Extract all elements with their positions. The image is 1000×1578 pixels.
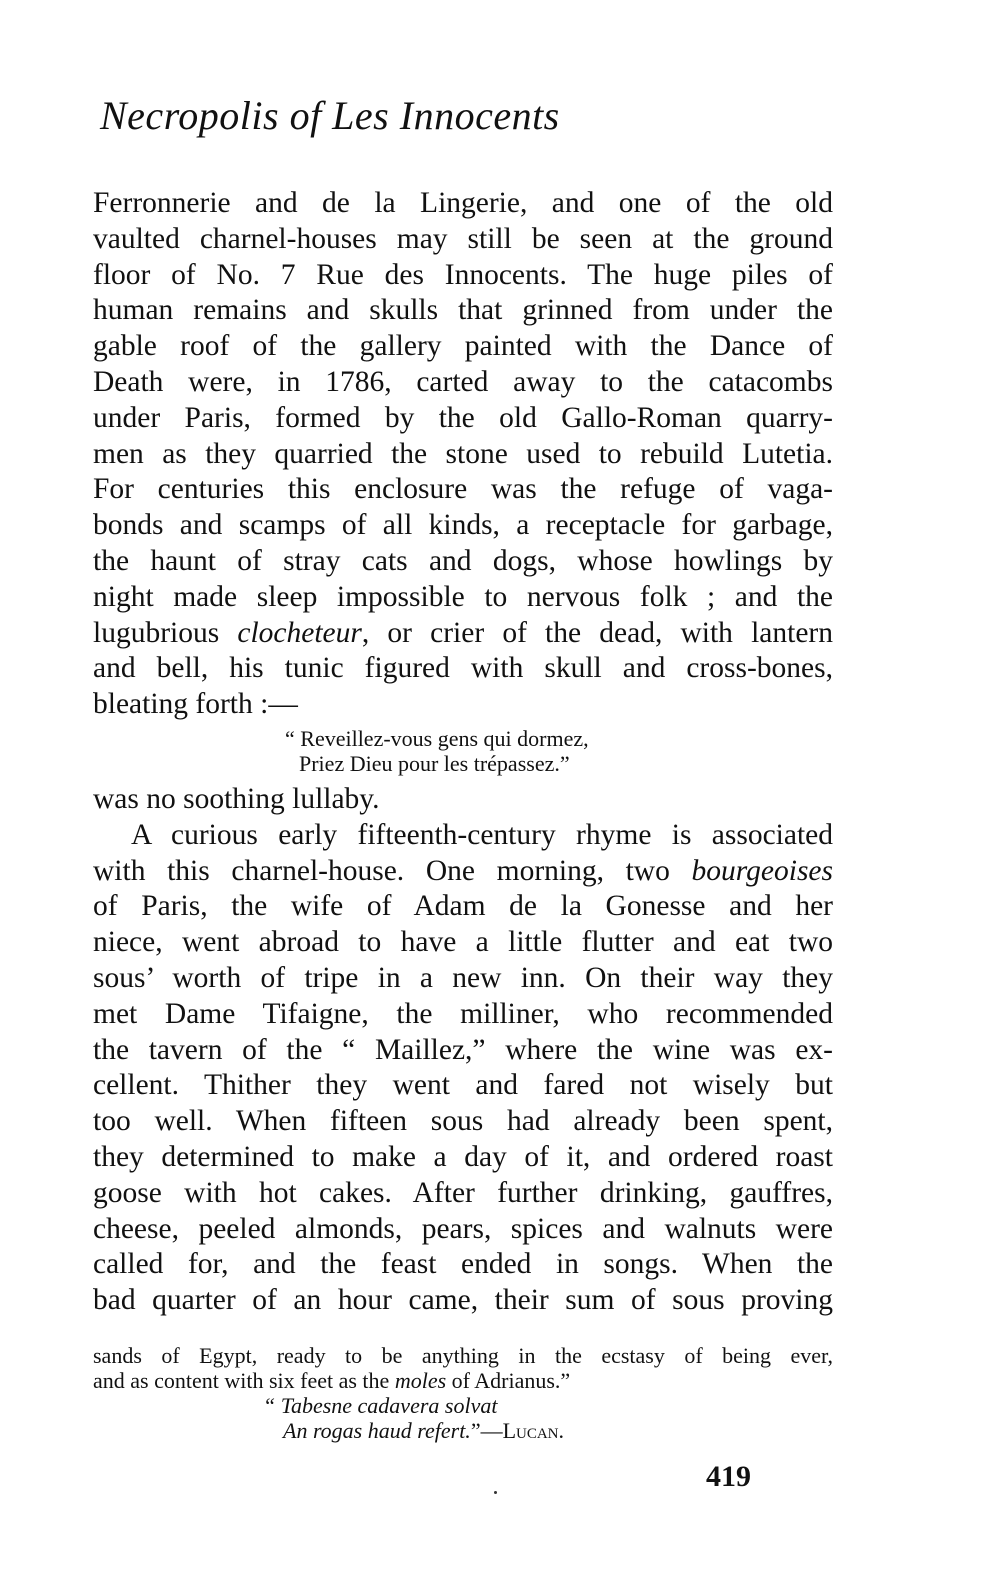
italic-term-bourgeoises: bourgeoises bbox=[692, 855, 833, 887]
footnote: sands of Egypt, ready to be anything in … bbox=[93, 1343, 833, 1443]
footnote-line: sands of Egypt, ready to be anything in … bbox=[93, 1343, 833, 1368]
text-line: vaulted charnel-houses may still be seen… bbox=[93, 222, 833, 258]
text-line: lugubrious clocheteur, or crier of the d… bbox=[93, 616, 833, 652]
footnote-verse-line: An rogas haud refert.”—Lucan. bbox=[93, 1418, 833, 1443]
text-line: men as they quarried the stone used to r… bbox=[93, 437, 833, 473]
text-segment: and as content with six feet as the bbox=[93, 1368, 395, 1393]
text-segment: of Adrianus.” bbox=[446, 1368, 570, 1393]
text-line: sous’ worth of tripe in a new inn. On th… bbox=[93, 961, 833, 997]
text-line: was no soothing lullaby. bbox=[93, 782, 833, 818]
print-speck bbox=[494, 1491, 497, 1494]
text-line: cellent. Thither they went and fared not… bbox=[93, 1068, 833, 1104]
text-line: called for, and the feast ended in songs… bbox=[93, 1247, 833, 1283]
italic-term-clocheteur: clocheteur bbox=[237, 617, 362, 649]
text-line: bad quarter of an hour came, their sum o… bbox=[93, 1283, 833, 1319]
verse-line: Priez Dieu pour les trépassez.” bbox=[285, 751, 833, 776]
text-segment: with this charnel-house. One morning, tw… bbox=[93, 855, 692, 887]
verse-line: “ Reveillez-vous gens qui dormez, bbox=[285, 726, 833, 751]
text-segment: , or crier of the dead, with lantern bbox=[362, 617, 833, 649]
text-line: the haunt of stray cats and dogs, whose … bbox=[93, 544, 833, 580]
text-segment: lugubrious bbox=[93, 617, 237, 649]
footnote-line: and as content with six feet as the mole… bbox=[93, 1368, 833, 1393]
text-line: floor of No. 7 Rue des Innocents. The hu… bbox=[93, 258, 833, 294]
text-line: For centuries this enclosure was the ref… bbox=[93, 472, 833, 508]
text-line: with this charnel-house. One morning, tw… bbox=[93, 854, 833, 890]
text-line: Death were, in 1786, carted away to the … bbox=[93, 365, 833, 401]
paragraph-first-line: A curious early fifteenth-century rhyme … bbox=[93, 818, 833, 854]
text-line: of Paris, the wife of Adam de la Gonesse… bbox=[93, 889, 833, 925]
text-line: Ferronnerie and de la Lingerie, and one … bbox=[93, 186, 833, 222]
text-line: and bell, his tunic figured with skull a… bbox=[93, 651, 833, 687]
text-line: gable roof of the gallery painted with t… bbox=[93, 329, 833, 365]
text-line: they determined to make a day of it, and… bbox=[93, 1140, 833, 1176]
text-line: met Dame Tifaigne, the milliner, who rec… bbox=[93, 997, 833, 1033]
text-segment: An rogas haud refert. bbox=[283, 1418, 471, 1443]
text-segment: ”— bbox=[471, 1418, 503, 1443]
verse-quote: “ Reveillez-vous gens qui dormez, Priez … bbox=[93, 726, 833, 776]
page-number: 419 bbox=[706, 1460, 751, 1494]
main-text: Ferronnerie and de la Lingerie, and one … bbox=[93, 186, 833, 1319]
text-line: niece, went abroad to have a little flut… bbox=[93, 925, 833, 961]
text-line: human remains and skulls that grinned fr… bbox=[93, 293, 833, 329]
text-line: under Paris, formed by the old Gallo-Rom… bbox=[93, 401, 833, 437]
text-line: goose with hot cakes. After further drin… bbox=[93, 1176, 833, 1212]
text-line: bleating forth :— bbox=[93, 687, 833, 723]
text-line: too well. When fifteen sous had already … bbox=[93, 1104, 833, 1140]
running-head: Necropolis of Les Innocents bbox=[100, 92, 560, 139]
text-line: the tavern of the “ Maillez,” where the … bbox=[93, 1033, 833, 1069]
footnote-verse-line: “ Tabesne cadavera solvat bbox=[93, 1393, 833, 1418]
text-line: night made sleep impossible to nervous f… bbox=[93, 580, 833, 616]
text-line: cheese, peeled almonds, pears, spices an… bbox=[93, 1212, 833, 1248]
text-line: bonds and scamps of all kinds, a recepta… bbox=[93, 508, 833, 544]
footnote-attribution: Lucan. bbox=[503, 1418, 564, 1443]
italic-term-moles: moles bbox=[395, 1368, 446, 1393]
